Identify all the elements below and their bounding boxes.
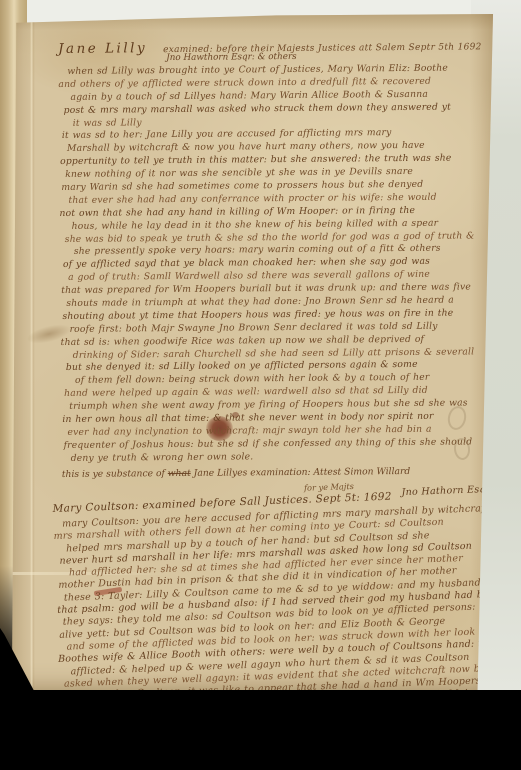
attestation-pre: this is ye substance of xyxy=(62,468,165,480)
section-mary-coultson: for ye Majts Mary Coultson: examined bef… xyxy=(52,476,496,690)
manuscript-line: deny ye truth & wrong her own sole. xyxy=(71,449,486,466)
manuscript-photo-page: { "photo": { "description": "Photograph … xyxy=(0,0,521,770)
attestation-struck-word: what xyxy=(168,467,191,478)
section2-body: mary Coultson: you are here accused for … xyxy=(53,503,496,690)
attestation-post: Jane Lillyes examination: Attest Simon W… xyxy=(194,466,411,479)
manuscript-photograph: Jane Lillyexamined: before their Majests… xyxy=(0,0,521,690)
examinee-name: Jane Lilly xyxy=(58,40,147,57)
section-jane-lilly: Jane Lillyexamined: before their Majests… xyxy=(58,34,486,479)
manuscript-paper: Jane Lillyexamined: before their Majests… xyxy=(10,14,494,690)
attestation-line: this is ye substance of what Jane Lillye… xyxy=(62,465,486,480)
section1-body: when sd Lilly was brought into ye Court … xyxy=(58,62,485,465)
vertical-crease xyxy=(30,14,35,690)
section1-heading: Jane Lillyexamined: before their Majests… xyxy=(58,34,482,54)
section2-justice-name: Jno Hathorn Esqr xyxy=(401,484,491,498)
